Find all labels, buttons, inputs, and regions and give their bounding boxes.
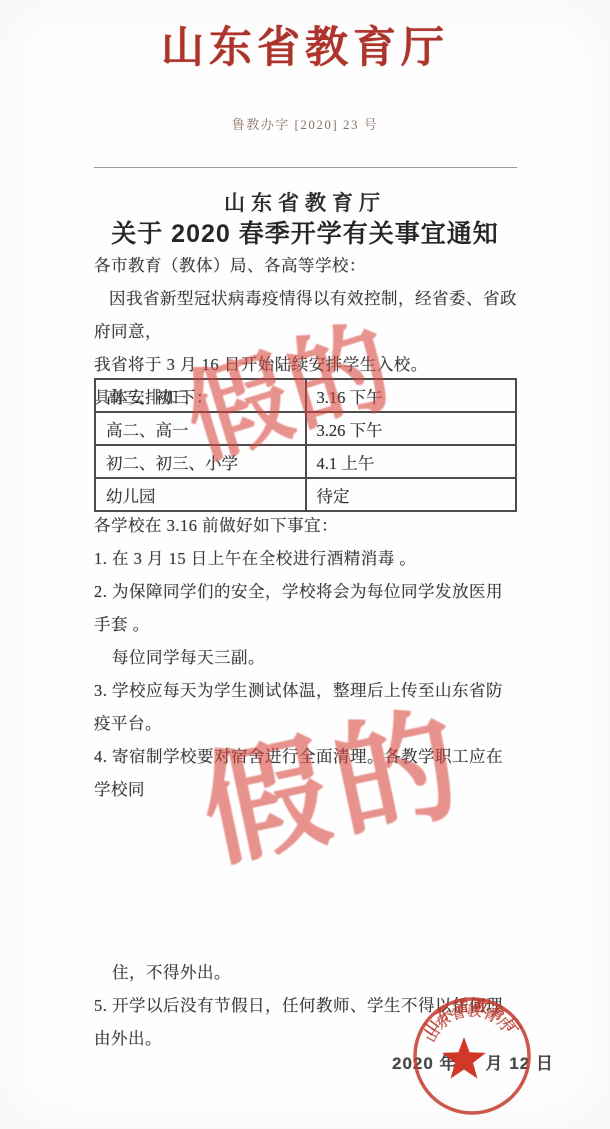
cell-time: 待定 — [306, 478, 517, 511]
table-row: 高二、高一 3.26 下午 — [95, 412, 516, 445]
cell-grade: 高二、高一 — [95, 412, 306, 445]
doc-title-line1: 山东省教育厅 — [0, 187, 610, 217]
cell-grade: 幼儿园 — [95, 478, 306, 511]
document-page: 山东省教育厅 鲁教办字 [2020] 23 号 山东省教育厅 关于 2020 春… — [0, 0, 610, 1129]
cell-grade: 高三、初三 — [95, 379, 306, 412]
notice-item-2: 2. 为保障同学们的安全，学校将会为每位同学发放医用手套 。 — [94, 575, 518, 641]
seal-star-icon — [442, 1037, 486, 1079]
notice-item-2-continued: 每位同学每天三副。 — [94, 641, 518, 674]
cell-time: 3.26 下午 — [306, 412, 517, 445]
doc-number: 鲁教办字 [2020] 23 号 — [0, 114, 610, 133]
notice-item-3: 3. 学校应每天为学生测试体温，整理后上传至山东省防疫平台。 — [94, 674, 518, 740]
table-row: 幼儿园 待定 — [95, 478, 516, 511]
table-row: 高三、初三 3.16 下午 — [95, 379, 516, 412]
notice-item-4: 4. 寄宿制学校要对宿舍进行全面清理。各教学职工应在学校同 — [94, 740, 518, 806]
salutation: 各市教育（教体）局、各高等学校： — [94, 249, 518, 282]
cell-time: 3.16 下午 — [306, 379, 517, 412]
doc-title-line2: 关于 2020 春季开学有关事宜通知 — [0, 214, 610, 250]
paragraph-line: 因我省新型冠状病毒疫情得以有效控制，经省委、省政府同意， — [94, 282, 518, 348]
notice-items: 各学校在 3.16 前做好如下事宜： 1. 在 3 月 15 日上午在全校进行酒… — [94, 509, 518, 1055]
cell-time: 4.1 上午 — [306, 445, 517, 478]
schedule-table: 高三、初三 3.16 下午 高二、高一 3.26 下午 初二、初三、小学 4.1… — [94, 378, 517, 512]
notice-intro: 各学校在 3.16 前做好如下事宜： — [94, 509, 518, 542]
notice-item-1: 1. 在 3 月 15 日上午在全校进行酒精消毒 。 — [94, 542, 518, 575]
notice-item-4-continued: 住，不得外出。 — [94, 956, 518, 989]
table-row: 初二、初三、小学 4.1 上午 — [95, 445, 516, 478]
blank-gap — [94, 806, 518, 956]
letterhead-divider — [94, 167, 517, 168]
cell-grade: 初二、初三、小学 — [95, 445, 306, 478]
paragraph-line: 我省将于 3 月 16 日开始陆续安排学生入校。 — [94, 348, 518, 381]
official-seal: 山东省教育厅 山东省教育厅 — [403, 988, 543, 1128]
letterhead-title: 山东省教育厅 — [0, 14, 610, 75]
